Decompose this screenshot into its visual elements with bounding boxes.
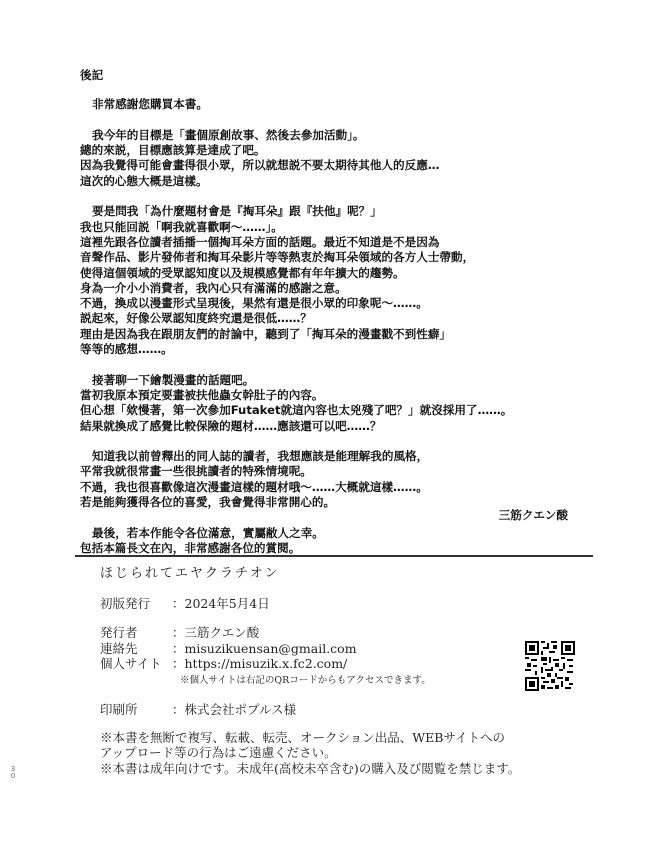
first-edition-row: 初版発行 ：2024年5月4日: [100, 596, 520, 612]
text-line: 使得這個領域的受眾認知度以及規模感覺都有年年擴大的趨勢。: [80, 266, 570, 281]
colophon-section: ほじられてエヤクラチオン 初版発行 ：2024年5月4日 発行者 ：三筋クエン酸…: [100, 566, 520, 776]
contact-label: 連絡先: [100, 641, 172, 657]
site-note: ※個人サイトは右記のQRコードからもアクセスできます。: [100, 673, 520, 689]
paragraph: 非常感謝您購買本書。: [80, 97, 570, 112]
site-row: 個人サイト ：https://misuzik.x.fc2.com/: [100, 656, 520, 672]
spacer: [100, 688, 520, 702]
publisher-row: 発行者 ：三筋クエン酸: [100, 625, 520, 641]
text-line: 我也只能回説「啊我就喜歡啊〜……」。: [80, 220, 570, 235]
page-number: 3 0: [9, 766, 17, 780]
text-line: 不過，換成以漫畫形式呈現後，果然有還是很小眾的印象呢〜……。: [80, 296, 570, 311]
author-signature: 三筋クエン酸: [499, 507, 568, 523]
printer-row: 印刷所 ：株式会社ポプルス様: [100, 702, 520, 718]
text-line: 接著聊一下繪製漫畫的話題吧。: [80, 373, 570, 388]
afterword-title: 後記: [80, 68, 570, 83]
qr-code-icon: [525, 641, 575, 691]
paragraph: 知道我以前曾釋出的同人誌的讀者，我想應該是能理解我的風格， 平常我就很常畫一些很…: [80, 449, 570, 510]
text-line: 理由是因為我在跟朋友們的討論中，聽到了「掏耳朵的漫畫戳不到性癖」: [80, 327, 570, 342]
book-title: ほじられてエヤクラチオン: [100, 566, 520, 582]
contact-row: 連絡先 ：misuzikuensan@gmail.com: [100, 641, 520, 657]
text-line: 説起來，好像公眾認知度終究還是很低……？: [80, 311, 570, 326]
text-line: 包括本篇長文在內，非常感謝各位的賞閱。: [80, 541, 570, 556]
section-divider: [75, 555, 593, 557]
text-line: 不過，我也很喜歡像這次漫畫這樣的題材哦〜……大概就這樣……。: [80, 480, 570, 495]
site-url: ：https://misuzik.x.fc2.com/: [172, 656, 347, 672]
text-line: 身為一介小小消費者，我內心只有滿滿的感謝之意。: [80, 281, 570, 296]
copyright-notice: ※本書を無断で複写、転載、転売、オークション出品、WEBサイトへの アップロード…: [100, 730, 520, 777]
text-line: 我今年的目標是「畫個原創故事、然後去參加活動」。: [80, 128, 570, 143]
notice-line: アップロード等の行為はご遠慮ください。: [100, 745, 520, 761]
text-line: 要是問我「為什麼題材會是『掏耳朵』跟『扶他』呢？」: [80, 204, 570, 219]
afterword-section: 後記 非常感謝您購買本書。 我今年的目標是「畫個原創故事、然後去參加活動」。 總…: [80, 68, 570, 572]
document-page: 後記 非常感謝您購買本書。 我今年的目標是「畫個原創故事、然後去參加活動」。 總…: [0, 0, 650, 850]
publisher-value: ：三筋クエン酸: [172, 625, 259, 641]
paragraph: 要是問我「為什麼題材會是『掏耳朵』跟『扶他』呢？」 我也只能回説「啊我就喜歡啊〜…: [80, 204, 570, 357]
text-line: 這次的心態大概是這樣。: [80, 174, 570, 189]
printer-value: ：株式会社ポプルス様: [172, 702, 296, 718]
text-line: 這裡先跟各位讀者插播一個掏耳朵方面的話題。最近不知道是不是因為: [80, 235, 570, 250]
text-line: 因為我覺得可能會畫得很小眾，所以就想説不要太期待其他人的反應…: [80, 158, 570, 173]
site-label: 個人サイト: [100, 656, 172, 672]
printer-label: 印刷所: [100, 702, 172, 718]
text-line: 結果就換成了感覺比較保險的題材……應該還可以吧……？: [80, 419, 570, 434]
text-line: 等等的感想……。: [80, 342, 570, 357]
text-line: 總的來説，目標應該算是達成了吧。: [80, 143, 570, 158]
text-line: 若是能夠獲得各位的喜愛，我會覺得非常開心的。: [80, 495, 570, 510]
notice-line: ※本書を無断で複写、転載、転売、オークション出品、WEBサイトへの: [100, 730, 520, 746]
text-line: 最後，若本作能令各位滿意，實屬敝人之幸。: [80, 526, 570, 541]
first-edition-label: 初版発行: [100, 596, 172, 612]
text-line: 知道我以前曾釋出的同人誌的讀者，我想應該是能理解我的風格，: [80, 449, 570, 464]
text-line: 非常感謝您購買本書。: [80, 97, 570, 112]
text-line: 當初我原本預定要畫被扶他蟲女幹肚子的內容。: [80, 388, 570, 403]
publisher-label: 発行者: [100, 625, 172, 641]
paragraph: 接著聊一下繪製漫畫的話題吧。 當初我原本預定要畫被扶他蟲女幹肚子的內容。 但心想…: [80, 373, 570, 434]
notice-line: ※本書は成年向けです。未成年(高校未卒含む)の購入及び閲覧を禁じます。: [100, 761, 520, 777]
text-line: 但心想「欸慢著，第一次參加Futaket就這內容也太兇殘了吧？」就沒採用了……。: [80, 403, 570, 418]
contact-email: ：misuzikuensan@gmail.com: [172, 641, 357, 657]
page-number-digit: 0: [9, 773, 17, 780]
spacer: [100, 611, 520, 625]
paragraph: 最後，若本作能令各位滿意，實屬敝人之幸。 包括本篇長文在內，非常感謝各位的賞閱。: [80, 526, 570, 557]
paragraph: 我今年的目標是「畫個原創故事、然後去參加活動」。 總的來説，目標應該算是達成了吧…: [80, 128, 570, 189]
text-line: 音聲作品、影片發佈者和掏耳朵影片等等熱衷於掏耳朵領域的各方人士帶動，: [80, 250, 570, 265]
text-line: 平常我就很常畫一些很挑讀者的特殊情境呢。: [80, 464, 570, 479]
first-edition-value: ：2024年5月4日: [172, 596, 270, 612]
